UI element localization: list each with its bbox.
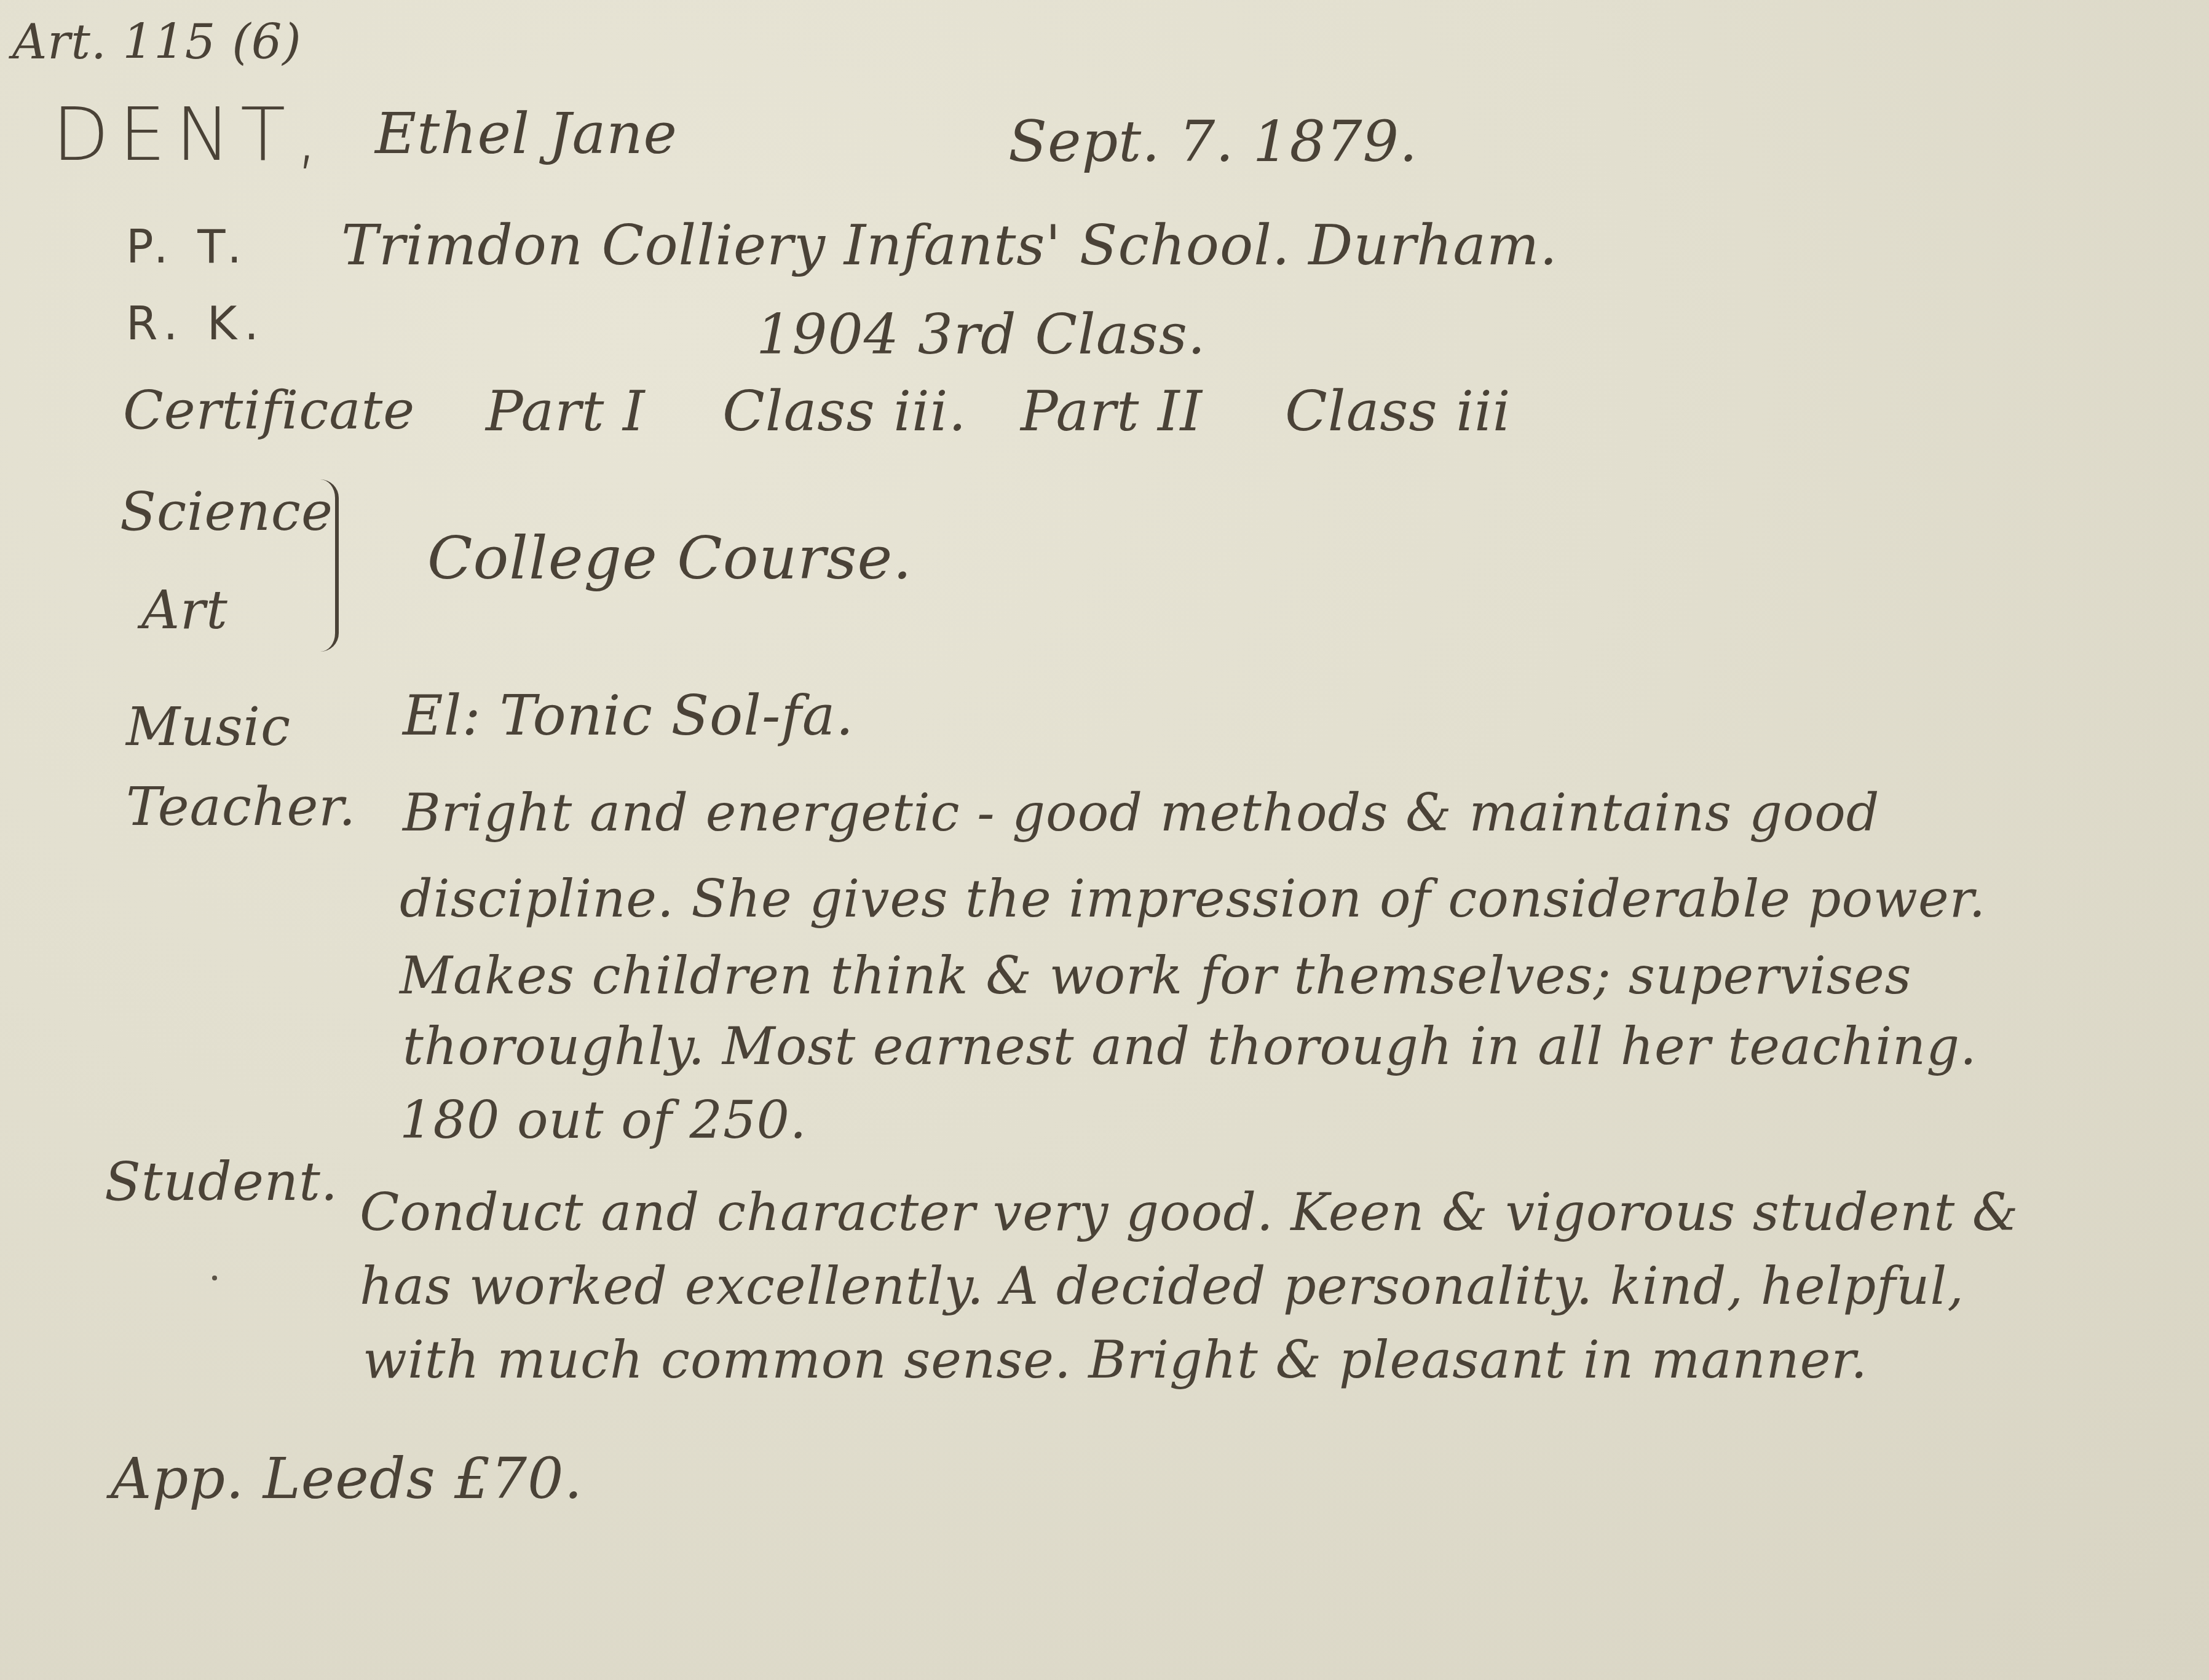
certificate-class2: Class iii (1285, 384, 1511, 440)
student-remark-line: has worked excellently. A decided person… (360, 1260, 1964, 1312)
certificate-part2: Part II (1021, 384, 1203, 440)
ink-mark (212, 1276, 217, 1280)
teacher-score: 180 out of 250. (400, 1094, 807, 1146)
date-of-birth: Sept. 7. 1879. (1008, 114, 1418, 170)
student-remark-line: with much common sense. Bright & pleasan… (363, 1334, 1868, 1386)
rk-value: 1904 3rd Class. (756, 307, 1206, 363)
teacher-remark-line: thoroughly. Most earnest and thorough in… (403, 1020, 1977, 1072)
science-art-value: College Course. (427, 529, 912, 588)
reference-number: Art. 115 (6) (12, 18, 302, 66)
rk-label: R. K. (126, 301, 266, 347)
teacher-remark-line: Bright and energetic - good methods & ma… (403, 787, 1880, 838)
student-remark-line: Conduct and character very good. Keen & … (360, 1186, 2019, 1238)
pt-label: P. T. (126, 224, 249, 270)
certificate-class1: Class iii. (722, 384, 966, 440)
teacher-label: Teacher. (126, 781, 356, 834)
music-value: El: Tonic Sol-fa. (403, 688, 854, 744)
music-label: Music (126, 701, 291, 754)
art-label: Art (141, 584, 228, 637)
teacher-remark-line: Makes children think & work for themselv… (400, 950, 1912, 1001)
certificate-label: Certificate (123, 384, 415, 437)
handwritten-record-card: Art. 115 (6) DENT, Ethel Jane Sept. 7. 1… (0, 0, 2209, 1680)
pt-value: Trimdon Colliery Infants' School. Durham… (341, 218, 1558, 274)
certificate-part1: Part I (486, 384, 646, 440)
curly-brace-icon (317, 479, 339, 652)
student-label: Student. (105, 1156, 338, 1209)
surname: DENT, (52, 98, 328, 172)
science-label: Science (120, 486, 333, 538)
forenames: Ethel Jane (375, 106, 678, 162)
teacher-remark-line: discipline. She gives the impression of … (400, 873, 1986, 925)
appointment: App. Leeds £70. (111, 1451, 583, 1507)
